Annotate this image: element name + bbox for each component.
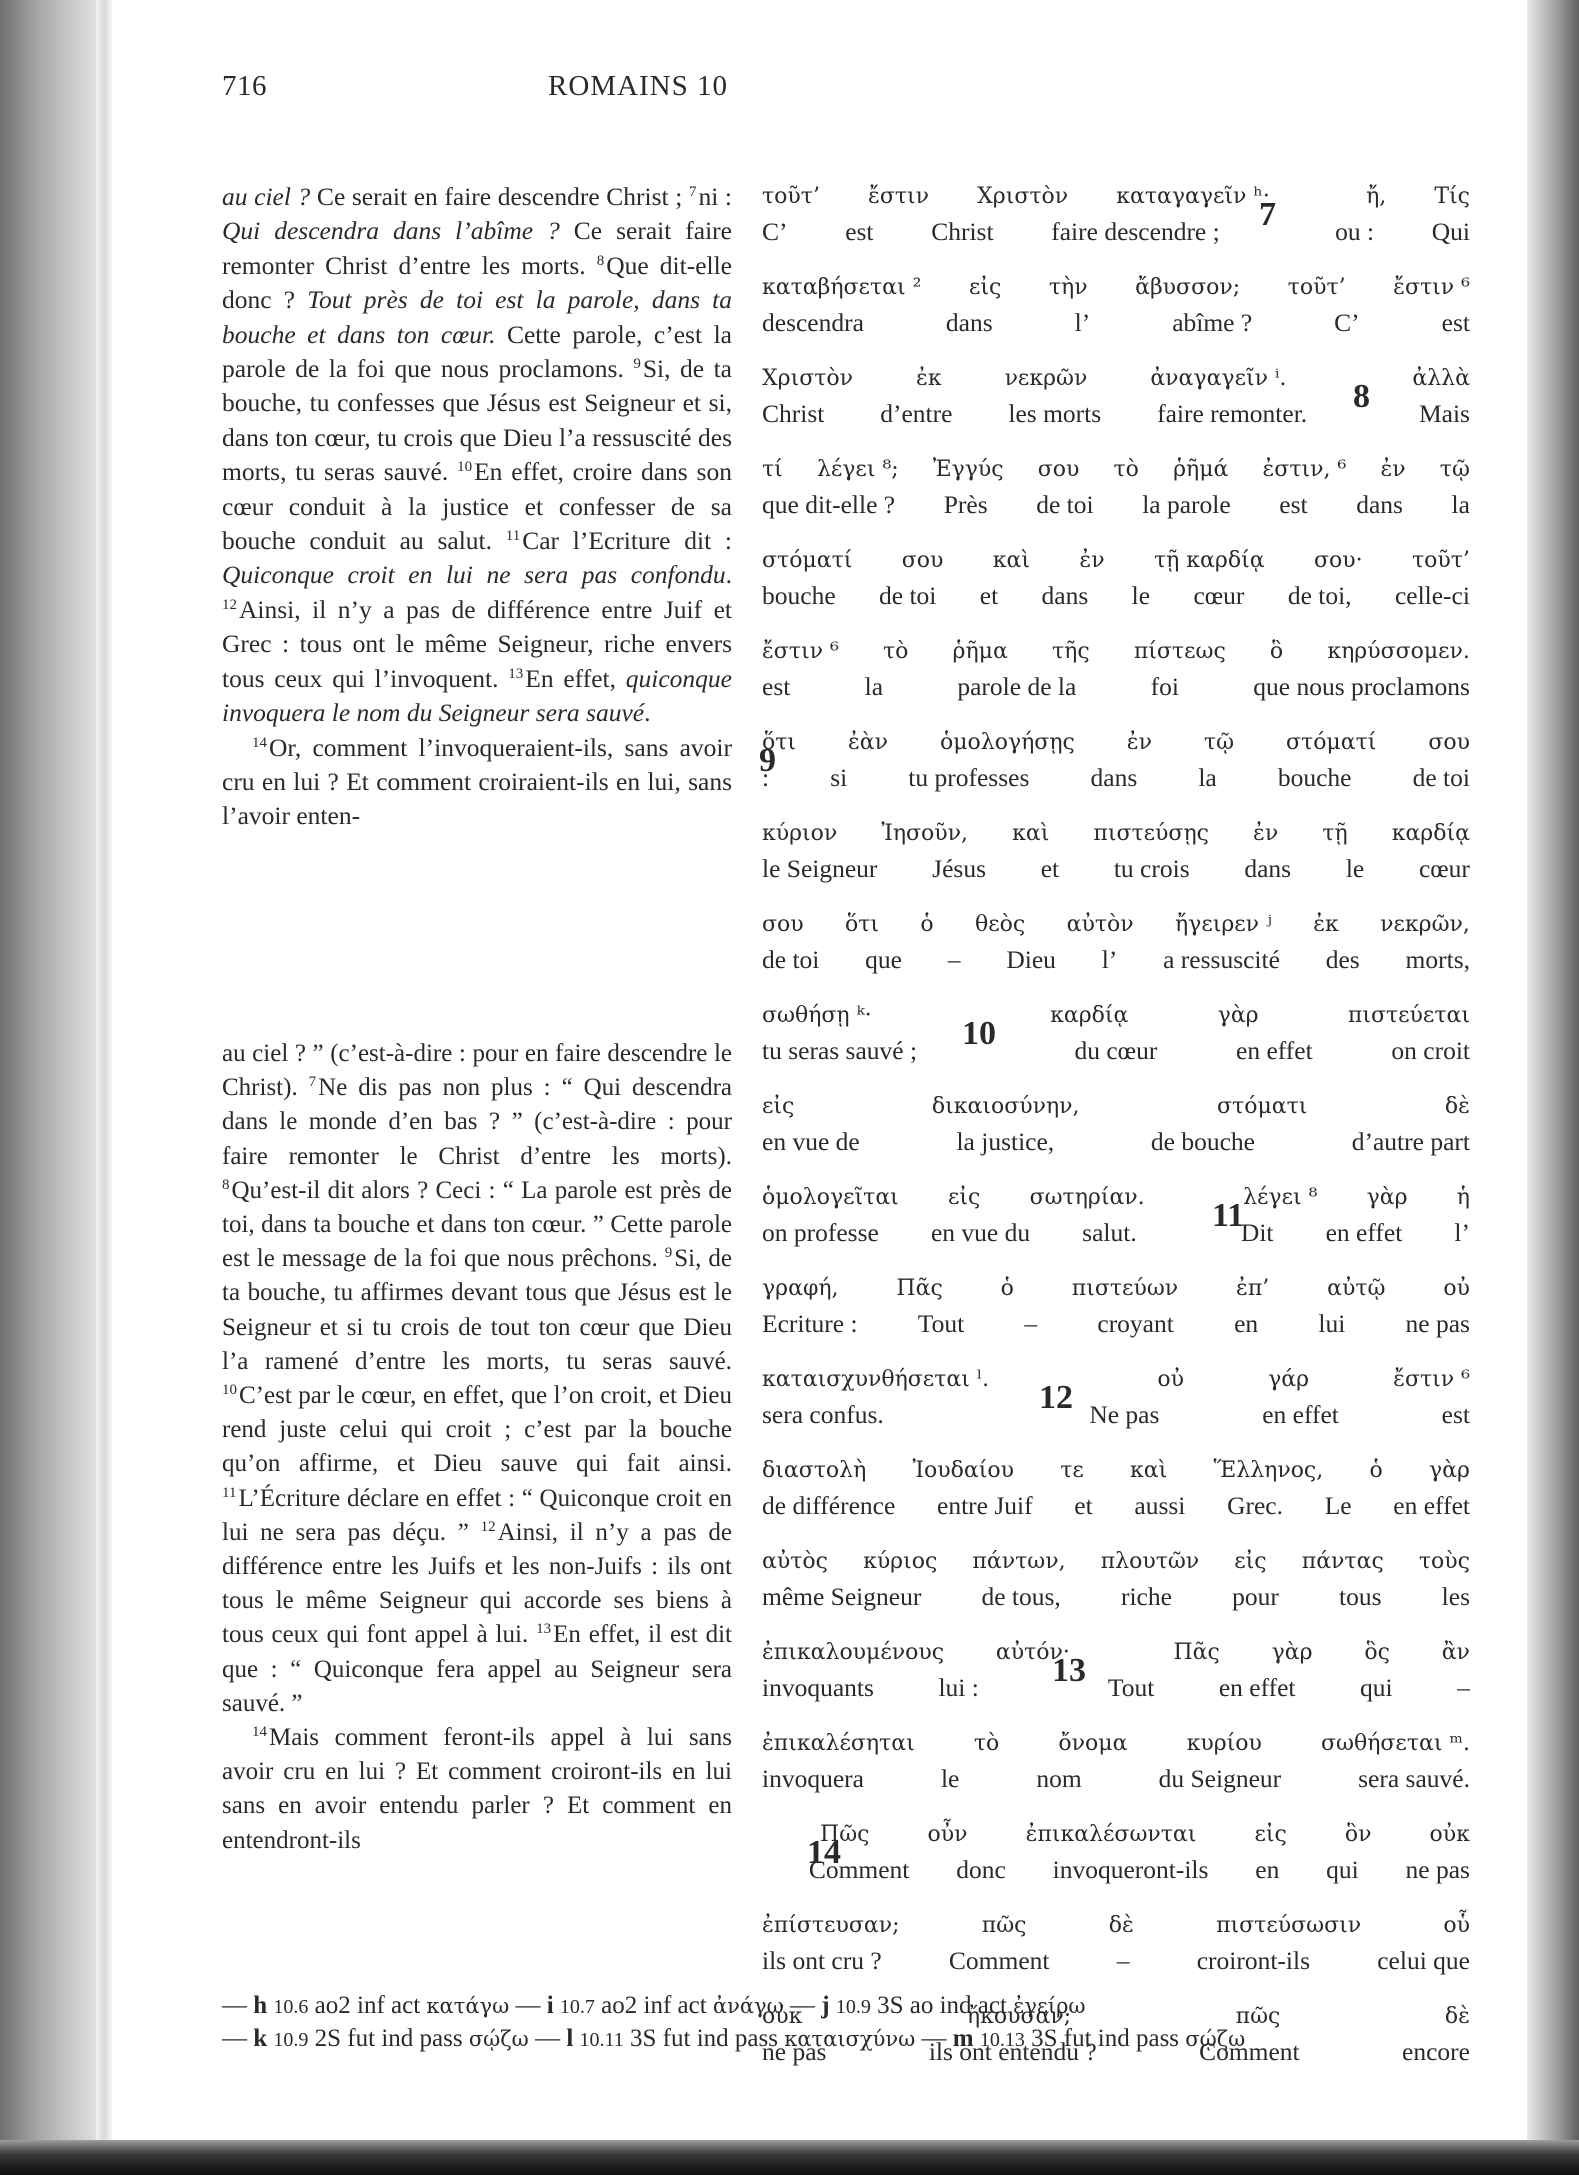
gloss-word: et: [1074, 1489, 1092, 1523]
greek-word: Χριστὸν: [977, 180, 1068, 214]
greek-word: καταισχυνθήσεται ˡ.: [762, 1363, 989, 1397]
greek-word: Ἰουδαίου: [913, 1454, 1014, 1488]
gloss-word: Tout: [1108, 1671, 1154, 1705]
greek-word: ῥῆμα: [953, 635, 1008, 669]
verse-number: 13: [508, 666, 523, 682]
greek-word: ἐστιν, ⁶: [1263, 453, 1347, 487]
quoted-scripture: au ciel ?: [222, 182, 310, 211]
greek-word: ἔστιν ⁶: [1393, 271, 1470, 305]
running-head: ROMAINS 10: [548, 70, 728, 103]
greek-word: ἐπικαλουμένους: [762, 1636, 944, 1670]
gloss-word: celle-ci: [1395, 579, 1470, 613]
gloss-word: et: [980, 579, 998, 613]
greek-word: στόματί: [1286, 726, 1376, 760]
gloss-word: Ne pas: [1089, 1398, 1159, 1432]
greek-word: ἐπικαλέσηται: [762, 1727, 915, 1761]
greek-word: κυρίου: [1187, 1727, 1262, 1761]
verse-number: 12: [222, 597, 237, 613]
greek-line: Πῶςοὖνἐπικαλέσωνταιεἰςὃνοὐκ: [762, 1818, 1470, 1852]
greek-word: δὲ: [1109, 1909, 1134, 1943]
greek-line: ἔστιν ⁶τὸῥῆματῆςπίστεωςὃκηρύσσομεν.: [762, 635, 1470, 669]
interlinear-line-pair: εἰςδικαιοσύνην,στόματιδὲen vue dela just…: [762, 1090, 1470, 1181]
gloss-word: ne pas: [1406, 1853, 1470, 1887]
greek-word: τὸ: [974, 1727, 999, 1761]
gloss-word: croyant: [1097, 1307, 1173, 1341]
greek-word: ἐπ’: [1236, 1272, 1269, 1306]
verse-number: 10: [457, 459, 472, 475]
verse-number-bold: 13: [1052, 1654, 1086, 1688]
gloss-word: invoquants: [762, 1671, 874, 1705]
footnote-letter: h: [253, 1992, 267, 2019]
verse-number: 12: [481, 1519, 496, 1535]
greek-word: τοῦτ’: [762, 180, 820, 214]
footnote-ref: 10.6: [273, 1996, 308, 2018]
greek-word: σωτηρίαν.: [1030, 1181, 1145, 1215]
gloss-word: C’: [1334, 306, 1360, 340]
greek-word: ὁμολογήσῃς: [940, 726, 1075, 760]
quoted-scripture: Quiconque croit en lui ne sera pas confo…: [222, 560, 726, 589]
greek-word: ἀλλὰ: [1412, 362, 1470, 396]
page-bottom-shadow: [0, 2140, 1579, 2175]
footnote-letter: k: [253, 2025, 267, 2052]
footnote-ref: 10.13: [980, 2029, 1025, 2051]
greek-word: γὰρ: [1272, 1636, 1313, 1670]
greek-word: ἐν: [1253, 817, 1278, 851]
quoted-scripture: Qui descendra dans l’abîme ?: [222, 216, 560, 245]
greek-word: οὐ: [1443, 1272, 1470, 1306]
gloss-word: même Seigneur: [762, 1580, 921, 1614]
interlinear-line-pair: κύριονἸησοῦν,καὶπιστεύσῃςἐντῇκαρδίᾳle Se…: [762, 817, 1470, 908]
greek-word: Πᾶς: [1173, 1636, 1219, 1670]
greek-word: πιστεύων: [1072, 1272, 1178, 1306]
gloss-word: –: [948, 943, 961, 977]
greek-word: ἂν: [1442, 1636, 1470, 1670]
gloss-word: le: [941, 1762, 959, 1796]
gloss-word: l’: [1102, 943, 1118, 977]
text-run: Or, comment l’invoqueraient-ils, sans av…: [222, 733, 732, 831]
greek-word: νεκρῶν: [1005, 362, 1088, 396]
greek-word: ἤγειρεν ʲ: [1175, 908, 1272, 942]
greek-word: ὃ: [1270, 635, 1283, 669]
greek-line: καταβήσεται ²εἰςτὴνἄβυσσον;τοῦτ’ἔστιν ⁶: [762, 271, 1470, 305]
gloss-word: ou :: [1335, 215, 1374, 249]
verse-number-bold: 9: [759, 744, 776, 778]
page-number: 716: [222, 70, 267, 103]
gloss-word: Christ: [931, 215, 993, 249]
gloss-word: Mais: [1419, 397, 1470, 431]
gloss-word: de toi: [1413, 761, 1470, 795]
french-gloss-line: on professeen vue dusalut.Diten effetl’: [762, 1216, 1470, 1250]
gloss-word: tu seras sauvé ;: [762, 1034, 917, 1068]
translation-column-top: au ciel ? Ce serait en faire descendre C…: [222, 180, 732, 834]
verse-number: 14: [252, 735, 267, 751]
text-run: Car l’Ecri­ture dit :: [522, 526, 732, 555]
greek-word: διαστολὴ: [762, 1454, 866, 1488]
gloss-word: celui que: [1377, 1944, 1470, 1978]
gloss-word: –: [1117, 1944, 1130, 1978]
greek-line: ἐπικαλουμένουςαὐτόν·Πᾶςγὰρὃςἂν: [762, 1636, 1470, 1670]
footnote-ref: 10.9: [836, 1996, 871, 2018]
footnote: — h 10.6 ao2 inf act κατάγω: [222, 1992, 509, 2019]
gloss-word: de toi: [879, 579, 936, 613]
greek-word: ἤ,: [1366, 180, 1386, 214]
gloss-word: –: [1024, 1307, 1037, 1341]
gloss-word: Dit: [1241, 1216, 1274, 1250]
greek-word: πιστεύεται: [1348, 999, 1470, 1033]
verse-number-bold: 7: [1259, 198, 1276, 232]
paragraph: 14Or, comment l’invoqueraient-ils, sans …: [222, 731, 732, 834]
footnote-lemma: ἐγείρω: [1013, 1994, 1085, 2018]
gloss-word: sera sauvé.: [1358, 1762, 1470, 1796]
greek-line: γραφή,Πᾶςὁπιστεύωνἐπ’αὐτῷοὐ: [762, 1272, 1470, 1306]
greek-line: σωθήσῃ ᵏ·καρδίᾳγὰρπιστεύεται: [762, 999, 1470, 1033]
greek-word: ἐν: [1079, 544, 1104, 578]
gloss-word: Le: [1325, 1489, 1352, 1523]
gloss-word: des: [1326, 943, 1360, 977]
page-right-shadow: [1527, 0, 1579, 2150]
gloss-word: cœur: [1419, 852, 1470, 886]
gloss-word: tu professes: [908, 761, 1029, 795]
french-gloss-line: :situ professesdanslabouchede toi: [762, 761, 1470, 795]
gloss-word: est: [1442, 306, 1470, 340]
interlinear-line-pair: σουὅτιὁθεὸςαὐτὸνἤγειρεν ʲἐκνεκρῶν,de toi…: [762, 908, 1470, 999]
gloss-word: Jésus: [932, 852, 986, 886]
greek-word: ὁμολογεῖται: [762, 1181, 899, 1215]
french-gloss-line: même Seigneurde tous,richepourtousles: [762, 1580, 1470, 1614]
gloss-word: tous: [1339, 1580, 1382, 1614]
greek-line: διαστολὴἸουδαίουτεκαὶἝλληνος,ὁγὰρ: [762, 1454, 1470, 1488]
greek-word: καταγαγεῖν ʰ·: [1116, 180, 1270, 214]
interlinear-column: τοῦτ’ἔστινΧριστὸνκαταγαγεῖν ʰ·ἤ,ΤίςC’est…: [762, 180, 1470, 2091]
text-run: Qu’est-il dit alors ? Ceci : “ La parole…: [222, 1177, 732, 1272]
greek-word: γὰρ: [1429, 1454, 1470, 1488]
gloss-word: l’: [1454, 1216, 1470, 1250]
greek-word: Τίς: [1434, 180, 1470, 214]
gloss-word: les morts: [1008, 397, 1101, 431]
french-gloss-line: le SeigneurJésusettu croisdanslecœur: [762, 852, 1470, 886]
greek-word: πάντας: [1302, 1545, 1384, 1579]
french-gloss-line: C’estChristfaire descendre ;ou :Qui: [762, 215, 1470, 249]
gloss-word: C’: [762, 215, 788, 249]
greek-word: σου: [1428, 726, 1470, 760]
greek-word: δὲ: [1445, 1090, 1470, 1124]
verse-number: 11: [222, 1485, 236, 1501]
greek-word: τὸ: [883, 635, 908, 669]
gloss-word: est: [762, 670, 790, 704]
footnote: — i 10.7 ao2 inf act ἀνάγω: [515, 1992, 783, 2019]
gloss-word: sera confus.: [762, 1398, 884, 1432]
verse-number: 7: [309, 1074, 317, 1090]
gloss-word: que nous proclamons: [1253, 670, 1470, 704]
gloss-word: nom: [1036, 1762, 1081, 1796]
footnote-ref: 10.11: [580, 2029, 624, 2051]
gloss-word: la: [1198, 761, 1216, 795]
gloss-word: en: [1255, 1853, 1279, 1887]
greek-word: ἀναγαγεῖν ⁱ.: [1150, 362, 1286, 396]
greek-word: ὃν: [1345, 1818, 1372, 1852]
gloss-word: Près: [944, 488, 988, 522]
footnote-letter: i: [547, 1992, 554, 2019]
greek-word: Χριστὸν: [762, 362, 853, 396]
greek-word: νεκρῶν,: [1380, 908, 1470, 942]
greek-word: ὅτι: [845, 908, 879, 942]
footnote-letter: l: [566, 2025, 573, 2052]
greek-word: Ἕλληνος,: [1213, 1454, 1323, 1488]
greek-word: ἔστιν: [868, 180, 929, 214]
greek-word: δικαιοσύνην,: [932, 1090, 1080, 1124]
footnote: — j 10.9 3S ao ind act ἐγείρω: [790, 1992, 1086, 2019]
interlinear-line-pair: ὁμολογεῖταιεἰςσωτηρίαν.λέγει ⁸γὰρἡon pro…: [762, 1181, 1470, 1272]
gloss-word: d’entre: [880, 397, 952, 431]
gloss-word: dans: [1244, 852, 1291, 886]
gloss-word: la: [865, 670, 883, 704]
gloss-word: faire remonter.: [1157, 397, 1307, 431]
text-run: Mais comment feront-ils appel à lui sans…: [222, 1724, 732, 1854]
gloss-word: dans: [1091, 761, 1138, 795]
greek-word: ἐπικαλέσωνται: [1026, 1818, 1197, 1852]
greek-line: σουὅτιὁθεὸςαὐτὸνἤγειρεν ʲἐκνεκρῶν,: [762, 908, 1470, 942]
greek-word: γὰρ: [1218, 999, 1259, 1033]
gloss-word: dans: [1042, 579, 1089, 613]
greek-word: τὸ: [1114, 453, 1139, 487]
gloss-word: cœur: [1193, 579, 1244, 613]
greek-word: πλουτῶν: [1101, 1545, 1200, 1579]
gloss-word: a ressuscité: [1163, 943, 1280, 977]
greek-word: στόματι: [1217, 1090, 1307, 1124]
greek-word: Ἰησοῦν,: [881, 817, 968, 851]
gloss-word: en effet: [1219, 1671, 1296, 1705]
french-gloss-line: tu seras sauvé ;du cœuren effeton croit: [762, 1034, 1470, 1068]
verse-number: 9: [665, 1245, 673, 1261]
footnote-lemma: ἀνάγω: [713, 1994, 784, 2018]
gloss-word: Grec.: [1227, 1489, 1283, 1523]
gloss-word: le: [1132, 579, 1150, 613]
greek-word: ὃς: [1364, 1636, 1390, 1670]
gloss-word: riche: [1121, 1580, 1172, 1614]
french-gloss-line: invoqueralenomdu Seigneursera sauvé.: [762, 1762, 1470, 1796]
gloss-word: entre Juif: [937, 1489, 1033, 1523]
page-stack-edge: [96, 0, 112, 2148]
gloss-word: Comment: [949, 1944, 1050, 1978]
verse-number-bold: 12: [1039, 1381, 1073, 1415]
gloss-word: invoqueront-ils: [1053, 1853, 1209, 1887]
verse-number: 8: [222, 1177, 230, 1193]
gloss-word: salut.: [1082, 1216, 1137, 1250]
greek-word: ἐν: [1380, 453, 1405, 487]
text-run: .: [644, 698, 650, 727]
gloss-word: ils ont cru ?: [762, 1944, 882, 1978]
footnotes: — h 10.6 ao2 inf act κατάγω — i 10.7 ao2…: [222, 1990, 1472, 2056]
gloss-word: en effet: [1326, 1216, 1403, 1250]
french-gloss-line: que dit-elle ?Prèsde toila paroleestdans…: [762, 488, 1470, 522]
greek-word: τοὺς: [1419, 1545, 1470, 1579]
french-gloss-line: de différenceentre JuifetaussiGrec.Leen …: [762, 1489, 1470, 1523]
footnote-parse: 3S fut ind pass: [1031, 2025, 1179, 2052]
greek-word: ῥῆμά: [1173, 453, 1228, 487]
footnote-dash: —: [222, 1992, 253, 2019]
interlinear-line-pair: τίλέγει ⁸;Ἐγγύςσουτὸῥῆμάἐστιν, ⁶ἐντῷque …: [762, 453, 1470, 544]
greek-word: σου·: [1314, 544, 1363, 578]
greek-word: σου: [1038, 453, 1080, 487]
greek-word: γραφή,: [762, 1272, 839, 1306]
gloss-word: de toi: [762, 943, 819, 977]
footnote-parse: 3S ao ind act: [877, 1992, 1007, 2019]
interlinear-line-pair: τοῦτ’ἔστινΧριστὸνκαταγαγεῖν ʰ·ἤ,ΤίςC’est…: [762, 180, 1470, 271]
gloss-word: bouche: [1278, 761, 1352, 795]
gloss-word: est: [1279, 488, 1307, 522]
greek-word: εἰς: [969, 271, 1001, 305]
footnote-parse: ao2 inf act: [315, 1992, 421, 2019]
greek-word: αὐτῷ: [1327, 1272, 1385, 1306]
footnote-lemma: σῴζω: [1185, 2027, 1245, 2051]
greek-word: τῷ: [1440, 453, 1470, 487]
footnote-letter: j: [821, 1992, 829, 2019]
greek-word: λέγει ⁸: [1243, 1181, 1317, 1215]
interlinear-line-pair: ἔστιν ⁶τὸῥῆματῆςπίστεωςὃκηρύσσομεν.estla…: [762, 635, 1470, 726]
gloss-word: pour: [1232, 1580, 1279, 1614]
gloss-word: que: [865, 943, 902, 977]
interlinear-line-pair: ἐπικαλουμένουςαὐτόν·Πᾶςγὰρὃςἂνinvoquants…: [762, 1636, 1470, 1727]
greek-word: τί: [762, 453, 783, 487]
greek-word: καὶ: [1012, 817, 1049, 851]
greek-word: καὶ: [993, 544, 1030, 578]
interlinear-line-pair: ἐπικαλέσηταιτὸὄνομακυρίουσωθήσεται ᵐ.inv…: [762, 1727, 1470, 1818]
greek-line: ὅτιἐὰνὁμολογήσῃςἐντῷστόματίσου: [762, 726, 1470, 760]
greek-word: ὁ: [1369, 1454, 1382, 1488]
greek-line: κύριονἸησοῦν,καὶπιστεύσῃςἐντῇκαρδίᾳ: [762, 817, 1470, 851]
verse-number: 10: [222, 1382, 237, 1398]
footnote-lemma: σῴζω: [469, 2027, 529, 2051]
gloss-word: de tous,: [981, 1580, 1060, 1614]
interlinear-line-pair: ὅτιἐὰνὁμολογήσῃςἐντῷστόματίσου:situ prof…: [762, 726, 1470, 817]
greek-word: ὁ: [1001, 1272, 1014, 1306]
gloss-word: le: [1346, 852, 1364, 886]
greek-word: γάρ: [1268, 1363, 1309, 1397]
greek-word: καὶ: [1130, 1454, 1167, 1488]
greek-word: ὁ: [920, 908, 933, 942]
greek-line: τίλέγει ⁸;Ἐγγύςσουτὸῥῆμάἐστιν, ⁶ἐντῷ: [762, 453, 1470, 487]
gloss-word: d’autre part: [1352, 1125, 1470, 1159]
text-run: .: [726, 560, 732, 589]
footnote-letter: m: [953, 2025, 974, 2052]
gloss-word: aussi: [1134, 1489, 1185, 1523]
interlinear-line-pair: ἐπίστευσαν;πῶςδὲπιστεύσωσινοὗils ont cru…: [762, 1909, 1470, 2000]
gloss-word: de toi,: [1288, 579, 1352, 613]
greek-line: εἰςδικαιοσύνην,στόματιδὲ: [762, 1090, 1470, 1124]
french-gloss-line: de toique–Dieul’a ressuscitédesmorts,: [762, 943, 1470, 977]
gloss-word: si: [830, 761, 847, 795]
footnote-dash: —: [515, 1992, 546, 2019]
footnote: — l 10.11 3S fut ind pass καταισχύνω: [535, 2025, 915, 2052]
greek-line: ἐπικαλέσηταιτὸὄνομακυρίουσωθήσεται ᵐ.: [762, 1727, 1470, 1761]
paragraph: au ciel ? ” (c’est-à-dire : pour en fair…: [222, 1037, 732, 1721]
gloss-word: est: [1442, 1398, 1470, 1432]
french-gloss-line: Commentdoncinvoqueront-ilsenquine pas: [762, 1853, 1470, 1887]
greek-word: ἐν: [1127, 726, 1152, 760]
greek-word: οὖν: [928, 1818, 968, 1852]
text-run: C’est par le cœur, en effet, que l’on cr…: [222, 1382, 732, 1477]
verse-number-bold: 14: [807, 1836, 841, 1870]
gloss-word: croiront-ils: [1197, 1944, 1310, 1978]
greek-word: κύριος: [863, 1545, 937, 1579]
footnote-parse: 3S fut ind pass: [630, 2025, 778, 2052]
gloss-word: du Seigneur: [1159, 1762, 1282, 1796]
greek-word: θεὸς: [975, 908, 1025, 942]
greek-word: εἰς: [762, 1090, 794, 1124]
greek-line: ἐπίστευσαν;πῶςδὲπιστεύσωσινοὗ: [762, 1909, 1470, 1943]
gloss-word: et: [1041, 852, 1059, 886]
gloss-word: que dit-elle ?: [762, 488, 895, 522]
gloss-word: la justice,: [956, 1125, 1054, 1159]
verse-number-bold: 8: [1353, 380, 1370, 414]
gloss-word: abîme ?: [1172, 306, 1252, 340]
greek-word: αὐτὸν: [1067, 908, 1134, 942]
gloss-word: en effet: [1393, 1489, 1470, 1523]
greek-word: σου: [902, 544, 944, 578]
translation-column-bottom: au ciel ? ” (c’est-à-dire : pour en fair…: [222, 1037, 732, 1858]
greek-word: γὰρ: [1367, 1181, 1408, 1215]
footnote-parse: 2S fut ind pass: [315, 2025, 463, 2052]
gloss-word: de différence: [762, 1489, 895, 1523]
gloss-word: l’: [1075, 306, 1091, 340]
gloss-word: dans: [1356, 488, 1403, 522]
gloss-word: est: [845, 215, 873, 249]
greek-line: στόματίσουκαὶἐντῇ καρδίᾳσου·τοῦτ’: [762, 544, 1470, 578]
greek-word: κύριον: [762, 817, 837, 851]
greek-word: ἄβυσσον;: [1135, 271, 1240, 305]
greek-word: Ἐγγύς: [933, 453, 1004, 487]
greek-word: ἐκ: [916, 362, 942, 396]
gloss-word: on croit: [1391, 1034, 1470, 1068]
greek-line: ὁμολογεῖταιεἰςσωτηρίαν.λέγει ⁸γὰρἡ: [762, 1181, 1470, 1215]
paragraph: au ciel ? Ce serait en faire descendre C…: [222, 180, 732, 731]
gloss-word: lui: [1318, 1307, 1345, 1341]
interlinear-line-pair: ΠῶςοὖνἐπικαλέσωνταιεἰςὃνοὐκCommentdoncin…: [762, 1818, 1470, 1909]
gloss-word: le Seigneur: [762, 852, 877, 886]
greek-word: πῶς: [982, 1909, 1027, 1943]
greek-line: καταισχυνθήσεται ˡ.οὐγάρἔστιν ⁶: [762, 1363, 1470, 1397]
gloss-word: foi: [1151, 670, 1179, 704]
verse-number: 13: [536, 1621, 551, 1637]
interlinear-line-pair: καταβήσεται ²εἰςτὴνἄβυσσον;τοῦτ’ἔστιν ⁶d…: [762, 271, 1470, 362]
gloss-word: ne pas: [1406, 1307, 1470, 1341]
interlinear-line-pair: Χριστὸνἐκνεκρῶνἀναγαγεῖν ⁱ.ἀλλὰChristd’e…: [762, 362, 1470, 453]
greek-word: εἰς: [1234, 1545, 1266, 1579]
greek-word: οὗ: [1443, 1909, 1470, 1943]
greek-word: ἐὰν: [848, 726, 888, 760]
greek-word: ἔστιν ⁶: [762, 635, 839, 669]
verse-number: 7: [689, 184, 697, 200]
gloss-word: en vue de: [762, 1125, 860, 1159]
interlinear-line-pair: στόματίσουκαὶἐντῇ καρδίᾳσου·τοῦτ’bouched…: [762, 544, 1470, 635]
gloss-word: parole de la: [957, 670, 1076, 704]
greek-word: τοῦτ’: [1288, 271, 1346, 305]
gloss-word: les: [1442, 1580, 1470, 1614]
greek-word: τε: [1060, 1454, 1084, 1488]
gloss-word: de bouche: [1151, 1125, 1255, 1159]
footnote-lemma: κατάγω: [426, 1994, 509, 2018]
greek-word: ἡ: [1457, 1181, 1470, 1215]
text-run: ni :: [698, 182, 732, 211]
gloss-word: tu crois: [1114, 852, 1190, 886]
interlinear-line-pair: σωθήσῃ ᵏ·καρδίᾳγὰρπιστεύεταιtu seras sau…: [762, 999, 1470, 1090]
greek-word: κηρύσσομεν.: [1327, 635, 1470, 669]
greek-word: οὐ: [1157, 1363, 1184, 1397]
greek-word: πίστεως: [1134, 635, 1226, 669]
gloss-word: Dieu: [1006, 943, 1056, 977]
greek-word: ὄνομα: [1058, 1727, 1127, 1761]
french-gloss-line: invoquantslui :Touten effetqui–: [762, 1671, 1470, 1705]
